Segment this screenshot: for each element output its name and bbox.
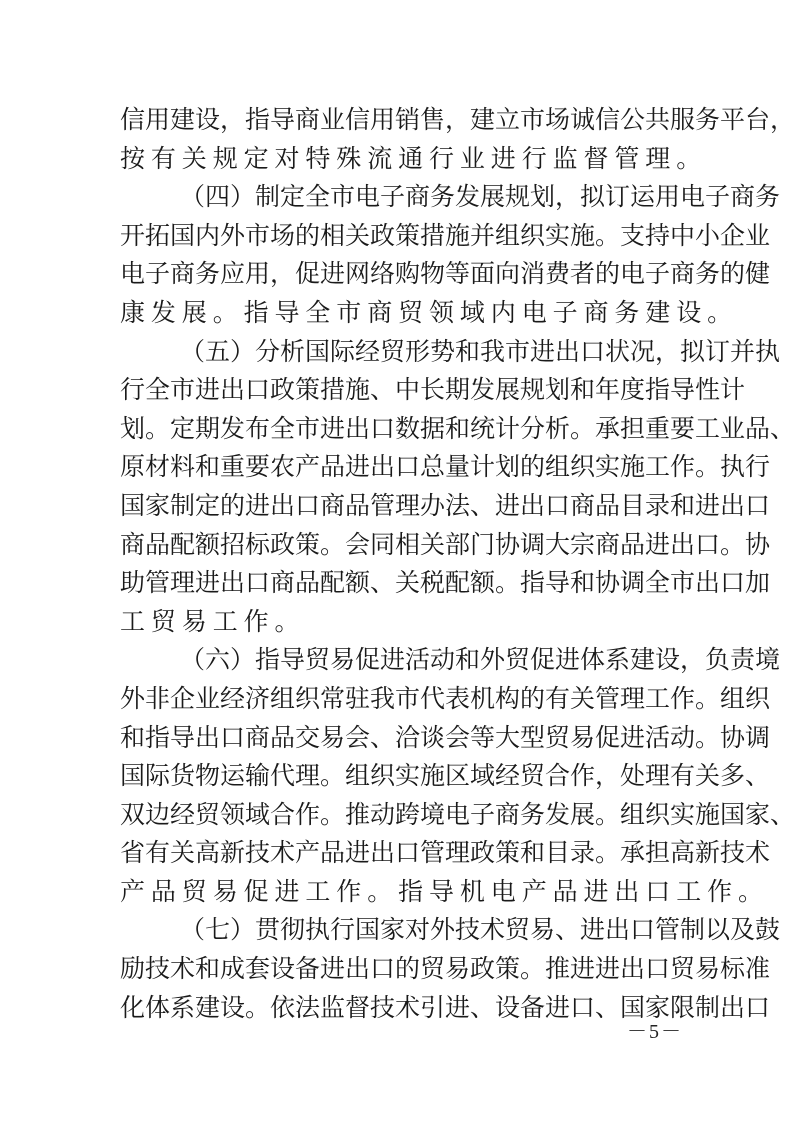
paragraph-heading-line: （七）贯彻执行国家对外技术贸易、进出口管制以及鼓 — [120, 911, 676, 950]
text-line: 励技术和成套设备进出口的贸易政策。推进进出口贸易标准 — [120, 950, 676, 989]
text-line: 助管理进出口商品配额、关税配额。指导和协调全市出口加 — [120, 564, 676, 603]
text-line: 商品配额招标政策。会同相关部门协调大宗商品进出口。协 — [120, 526, 676, 565]
text-line: 外非企业经济组织常驻我市代表机构的有关管理工作。组织 — [120, 680, 676, 719]
text-line: 按有关规定对特殊流通行业进行监督管理。 — [120, 140, 676, 179]
text-line: 信用建设，指导商业信用销售，建立市场诚信公共服务平台， — [120, 101, 676, 140]
text-line: 双边经贸领域合作。推动跨境电子商务发展。组织实施国家、 — [120, 796, 676, 835]
paragraph-continuation: 信用建设，指导商业信用销售，建立市场诚信公共服务平台， 按有关规定对特殊流通行业… — [120, 101, 676, 178]
text-line: 划。定期发布全市进出口数据和统计分析。承担重要工业品、 — [120, 410, 676, 449]
text-line: 省有关高新技术产品进出口管理政策和目录。承担高新技术 — [120, 834, 676, 873]
text-line: 和指导出口商品交易会、洽谈会等大型贸易促进活动。协调 — [120, 719, 676, 758]
text-line: 开拓国内外市场的相关政策措施并组织实施。支持中小企业 — [120, 217, 676, 256]
text-line: 原材料和重要农产品进出口总量计划的组织实施工作。执行 — [120, 448, 676, 487]
text-line: 国家制定的进出口商品管理办法、进出口商品目录和进出口 — [120, 487, 676, 526]
paragraph-item-5: （五）分析国际经贸形势和我市进出口状况，拟订并执 行全市进出口政策措施、中长期发… — [120, 333, 676, 642]
page-number: －5－ — [627, 1015, 683, 1044]
text-line: 康发展。指导全市商贸领域内电子商务建设。 — [120, 294, 676, 333]
paragraph-heading-line: （四）制定全市电子商务发展规划，拟订运用电子商务 — [120, 178, 676, 217]
document-body: 信用建设，指导商业信用销售，建立市场诚信公共服务平台， 按有关规定对特殊流通行业… — [120, 101, 676, 1027]
text-line: 产品贸易促进工作。指导机电产品进出口工作。 — [120, 873, 676, 912]
paragraph-heading-line: （六）指导贸易促进活动和外贸促进体系建设，负责境 — [120, 641, 676, 680]
paragraph-item-6: （六）指导贸易促进活动和外贸促进体系建设，负责境 外非企业经济组织常驻我市代表机… — [120, 641, 676, 911]
paragraph-heading-line: （五）分析国际经贸形势和我市进出口状况，拟订并执 — [120, 333, 676, 372]
text-line: 国际货物运输代理。组织实施区域经贸合作，处理有关多、 — [120, 757, 676, 796]
paragraph-item-7: （七）贯彻执行国家对外技术贸易、进出口管制以及鼓 励技术和成套设备进出口的贸易政… — [120, 911, 676, 1027]
text-line: 行全市进出口政策措施、中长期发展规划和年度指导性计 — [120, 371, 676, 410]
text-line: 电子商务应用，促进网络购物等面向消费者的电子商务的健 — [120, 255, 676, 294]
document-page: 信用建设，指导商业信用销售，建立市场诚信公共服务平台， 按有关规定对特殊流通行业… — [0, 0, 793, 1122]
text-line: 工贸易工作。 — [120, 603, 676, 642]
paragraph-item-4: （四）制定全市电子商务发展规划，拟订运用电子商务 开拓国内外市场的相关政策措施并… — [120, 178, 676, 332]
text-line: 化体系建设。依法监督技术引进、设备进口、国家限制出口 — [120, 989, 676, 1028]
